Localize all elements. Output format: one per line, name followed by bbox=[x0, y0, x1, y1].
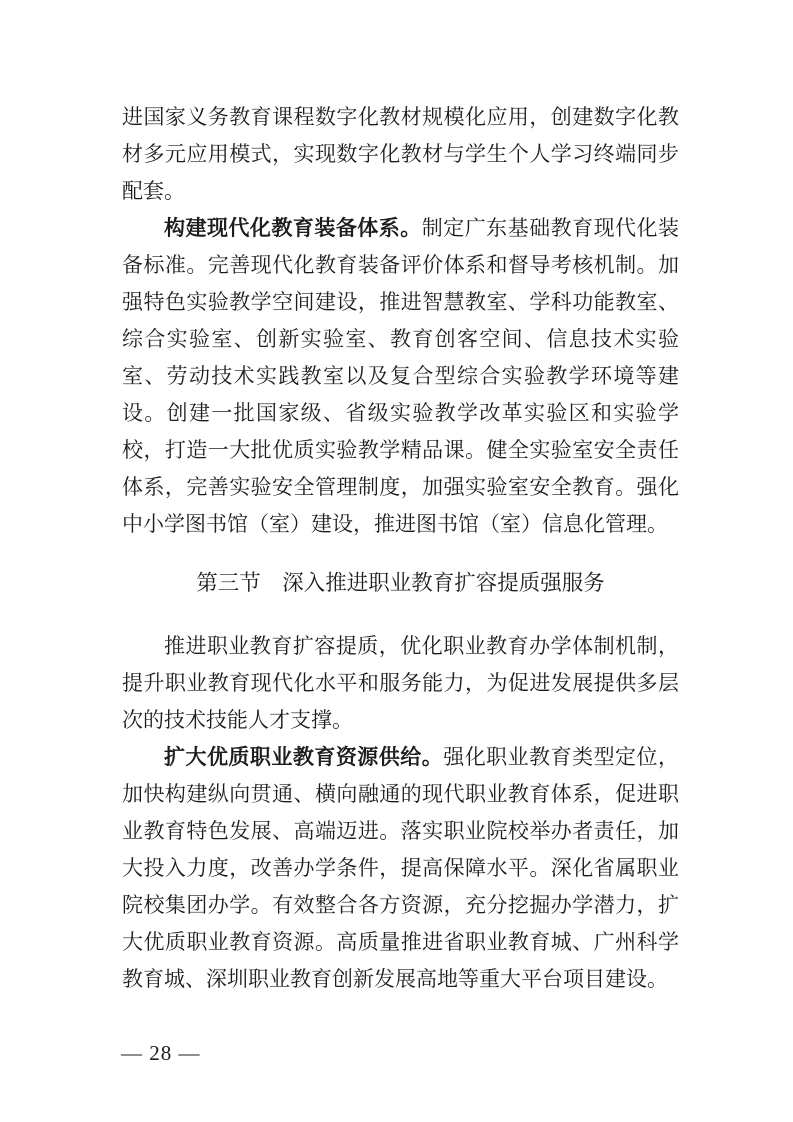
paragraph: 推进职业教育扩容提质，优化职业教育办学体制机制，提升职业教育现代化水平和服务能力… bbox=[122, 628, 679, 739]
paragraph-lead-bold: 构建现代化教育装备体系。 bbox=[164, 216, 422, 240]
paragraph-text: 强化职业教育类型定位，加快构建纵向贯通、横向融通的现代职业教育体系，促进职业教育… bbox=[122, 745, 679, 991]
paragraph-text: 进国家义务教育课程数字化教材规模化应用，创建数字化教材多元应用模式，实现数字化教… bbox=[122, 105, 679, 203]
paragraph-text: 推进职业教育扩容提质，优化职业教育办学体制机制，提升职业教育现代化水平和服务能力… bbox=[122, 634, 679, 732]
document-page: 进国家义务教育课程数字化教材规模化应用，创建数字化教材多元应用模式，实现数字化教… bbox=[0, 0, 793, 1122]
paragraph-text: 制定广东基础教育现代化装备标准。完善现代化教育装备评价体系和督导考核机制。加强特… bbox=[122, 216, 679, 536]
section-heading: 第三节深入推进职业教育扩容提质强服务 bbox=[122, 565, 679, 602]
page-content: 进国家义务教育课程数字化教材规模化应用，创建数字化教材多元应用模式，实现数字化教… bbox=[122, 99, 679, 998]
paragraph: 扩大优质职业教育资源供给。强化职业教育类型定位，加快构建纵向贯通、横向融通的现代… bbox=[122, 739, 679, 998]
section-number: 第三节 bbox=[196, 571, 261, 595]
paragraph-continued: 进国家义务教育课程数字化教材规模化应用，创建数字化教材多元应用模式，实现数字化教… bbox=[122, 99, 679, 210]
paragraph: 构建现代化教育装备体系。制定广东基础教育现代化装备标准。完善现代化教育装备评价体… bbox=[122, 210, 679, 543]
page-number: — 28 — bbox=[121, 1039, 201, 1067]
paragraph-lead-bold: 扩大优质职业教育资源供给。 bbox=[164, 745, 443, 769]
section-title: 深入推进职业教育扩容提质强服务 bbox=[282, 571, 605, 595]
